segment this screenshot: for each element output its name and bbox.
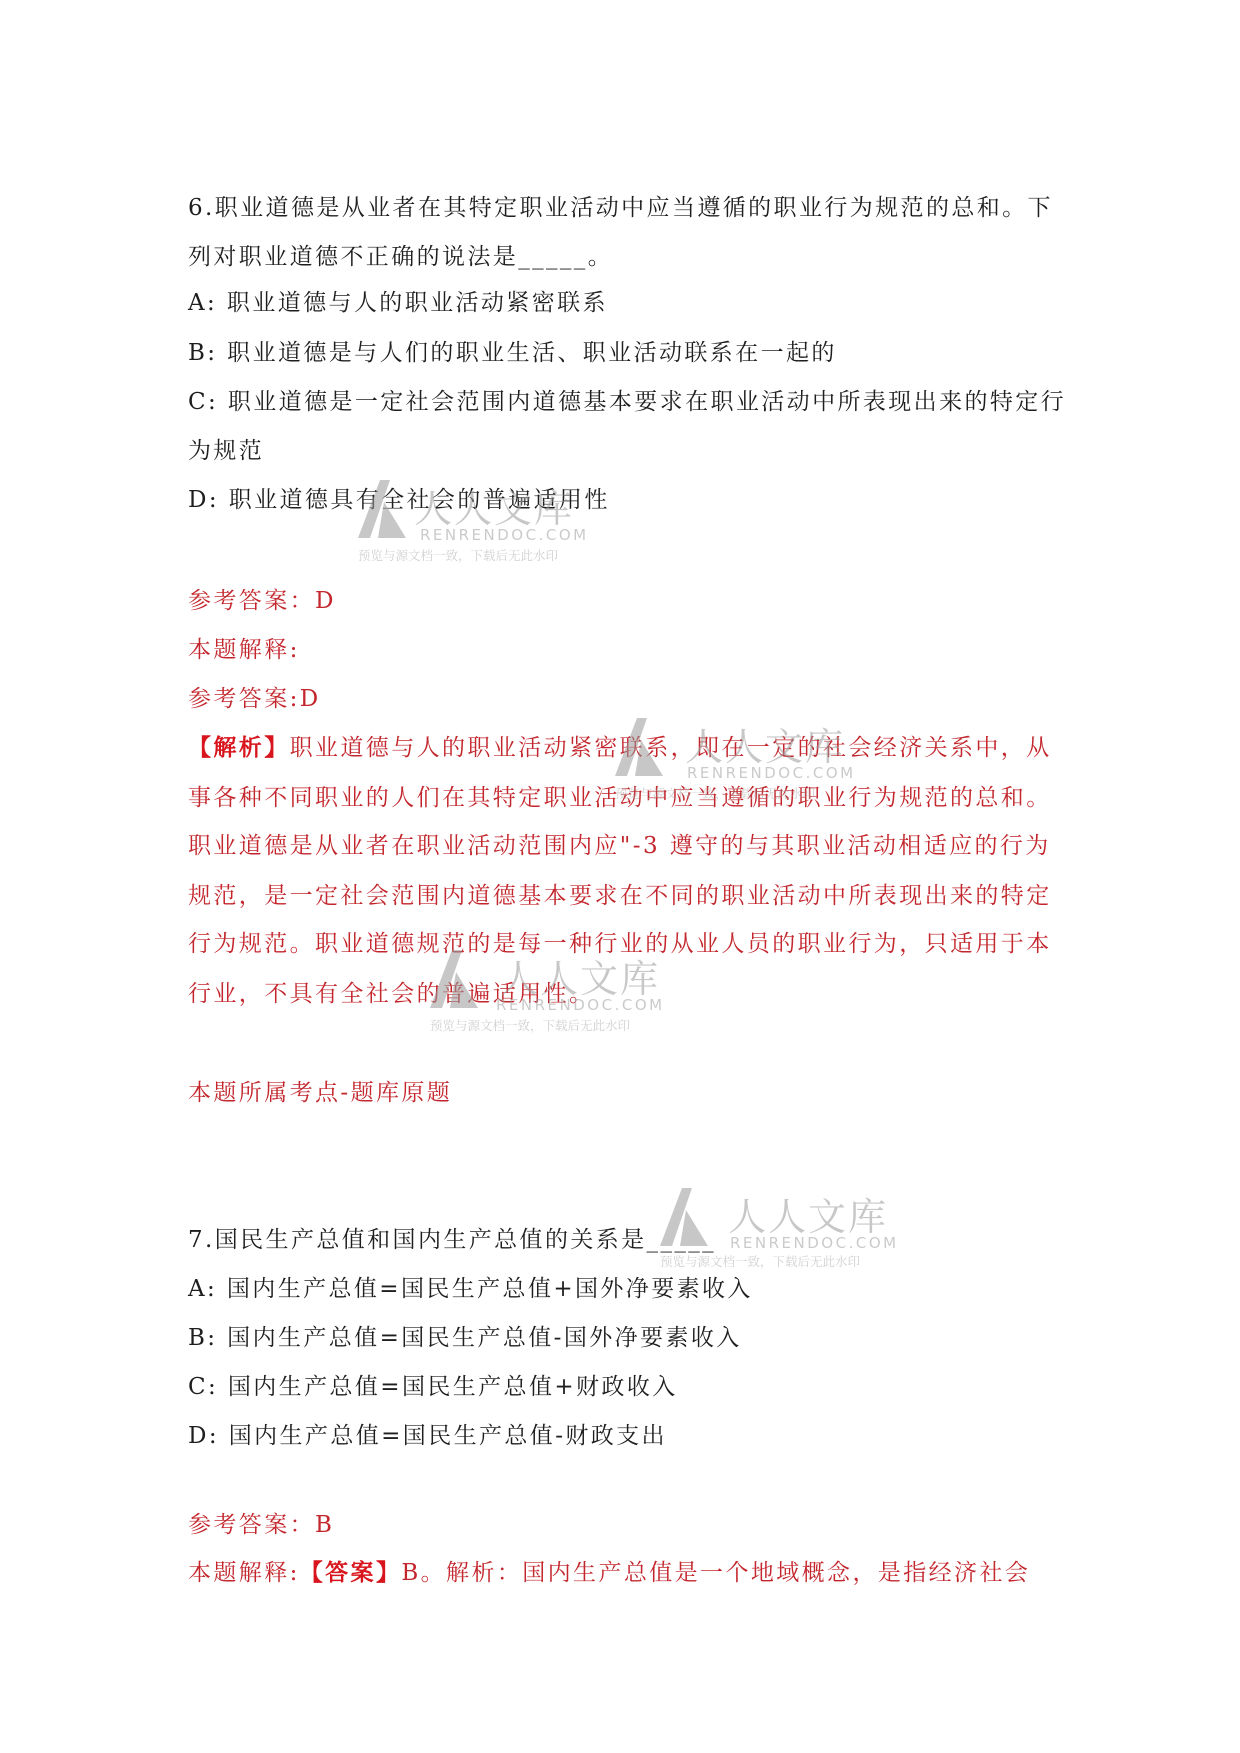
q6-analysis-line1: 【解析】职业道德与人的职业活动紧密联系，即在一定的社会经济关系中，从 xyxy=(188,728,1052,768)
q6-analysis-line5: 行为规范。职业道德规范的是每一种行业的从业人员的职业行为，只适用于本 xyxy=(188,924,1052,964)
option-label: B: xyxy=(188,340,217,366)
q6-analysis-line4: 规范，是一定社会范围内道德基本要求在不同的职业活动中所表现出来的特定 xyxy=(188,876,1052,916)
q7-reference-answer: 参考答案：B xyxy=(188,1505,334,1545)
option-label: C: xyxy=(188,389,218,415)
explanation-text: B。解析：国内生产总值是一个地域概念，是指经济社会 xyxy=(401,1560,1030,1586)
option-text: 国内生产总值=国民生产总值-财政支出 xyxy=(229,1423,667,1449)
option-text: 职业道德具有全社会的普遍适用性 xyxy=(229,487,610,513)
analysis-text: 职业道德与人的职业活动紧密联系，即在一定的社会经济关系中，从 xyxy=(290,735,1052,761)
watermark-title: 人人文库 xyxy=(728,1186,888,1241)
q6-stem-line2: 列对职业道德不正确的说法是_____。 xyxy=(188,237,613,277)
answer-tag: 【答案】 xyxy=(300,1559,402,1586)
analysis-tag: 【解析】 xyxy=(188,734,290,761)
explanation-label: 本题解释: xyxy=(188,1560,300,1586)
option-text: 国内生产总值=国民生产总值+国外净要素收入 xyxy=(227,1276,753,1302)
option-text: 职业道德是一定社会范围内道德基本要求在职业活动中所表现出来的特定行 xyxy=(228,389,1066,415)
q6-reference-answer-2: 参考答案:D xyxy=(188,679,321,719)
option-text: 国内生产总值=国民生产总值+财政收入 xyxy=(228,1374,678,1400)
q6-stem-line1: 6.职业道德是从业者在其特定职业活动中应当遵循的职业行为规范的总和。下 xyxy=(188,188,1053,228)
watermark-notice: 预览与源文档一致，下载后无此水印 xyxy=(430,1016,630,1034)
q6-analysis-line3: 职业道德是从业者在职业活动范围内应"-3 遵守的与其职业活动相适应的行为 xyxy=(188,826,1051,866)
option-text: 职业道德与人的职业活动紧密联系 xyxy=(227,290,608,316)
q6-option-a: A: 职业道德与人的职业活动紧密联系 xyxy=(188,283,608,323)
q7-option-d: D: 国内生产总值=国民生产总值-财政支出 xyxy=(188,1416,667,1456)
option-label: D: xyxy=(188,1423,219,1449)
watermark-notice: 预览与源文档一致，下载后无此水印 xyxy=(358,546,558,564)
q7-stem: 7.国民生产总值和国内生产总值的关系是_____ xyxy=(188,1220,716,1260)
q6-option-c: C: 职业道德是一定社会范围内道德基本要求在职业活动中所表现出来的特定行 xyxy=(188,382,1066,422)
watermark-domain: RENRENDOC.COM xyxy=(730,1234,899,1252)
option-text: 国内生产总值=国民生产总值-国外净要素收入 xyxy=(227,1325,741,1351)
q7-option-a: A: 国内生产总值=国民生产总值+国外净要素收入 xyxy=(188,1269,753,1309)
option-label: C: xyxy=(188,1374,218,1400)
q6-reference-answer: 参考答案：D xyxy=(188,581,336,621)
q6-analysis-line2: 事各种不同职业的人们在其特定职业活动中应当遵循的职业行为规范的总和。 xyxy=(188,778,1052,818)
q6-topic: 本题所属考点-题库原题 xyxy=(188,1073,452,1113)
q6-option-b: B: 职业道德是与人们的职业生活、职业活动联系在一起的 xyxy=(188,333,837,373)
option-label: D: xyxy=(188,487,219,513)
watermark-domain: RENRENDOC.COM xyxy=(420,526,589,544)
option-label: A: xyxy=(188,1276,217,1302)
q6-option-c-continued: 为规范 xyxy=(188,431,264,471)
document-page: 6.职业道德是从业者在其特定职业活动中应当遵循的职业行为规范的总和。下 列对职业… xyxy=(0,0,1240,1753)
q7-option-c: C: 国内生产总值=国民生产总值+财政收入 xyxy=(188,1367,678,1407)
q6-explanation-label: 本题解释: xyxy=(188,630,300,670)
option-label: B: xyxy=(188,1325,217,1351)
option-text: 职业道德是与人们的职业生活、职业活动联系在一起的 xyxy=(227,340,837,366)
q7-explanation: 本题解释:【答案】B。解析：国内生产总值是一个地域概念，是指经济社会 xyxy=(188,1553,1030,1593)
q6-option-d: D: 职业道德具有全社会的普遍适用性 xyxy=(188,480,610,520)
q7-option-b: B: 国内生产总值=国民生产总值-国外净要素收入 xyxy=(188,1318,742,1358)
q6-analysis-line6: 行业，不具有全社会的普遍适用性。 xyxy=(188,974,594,1014)
option-label: A: xyxy=(188,290,217,316)
